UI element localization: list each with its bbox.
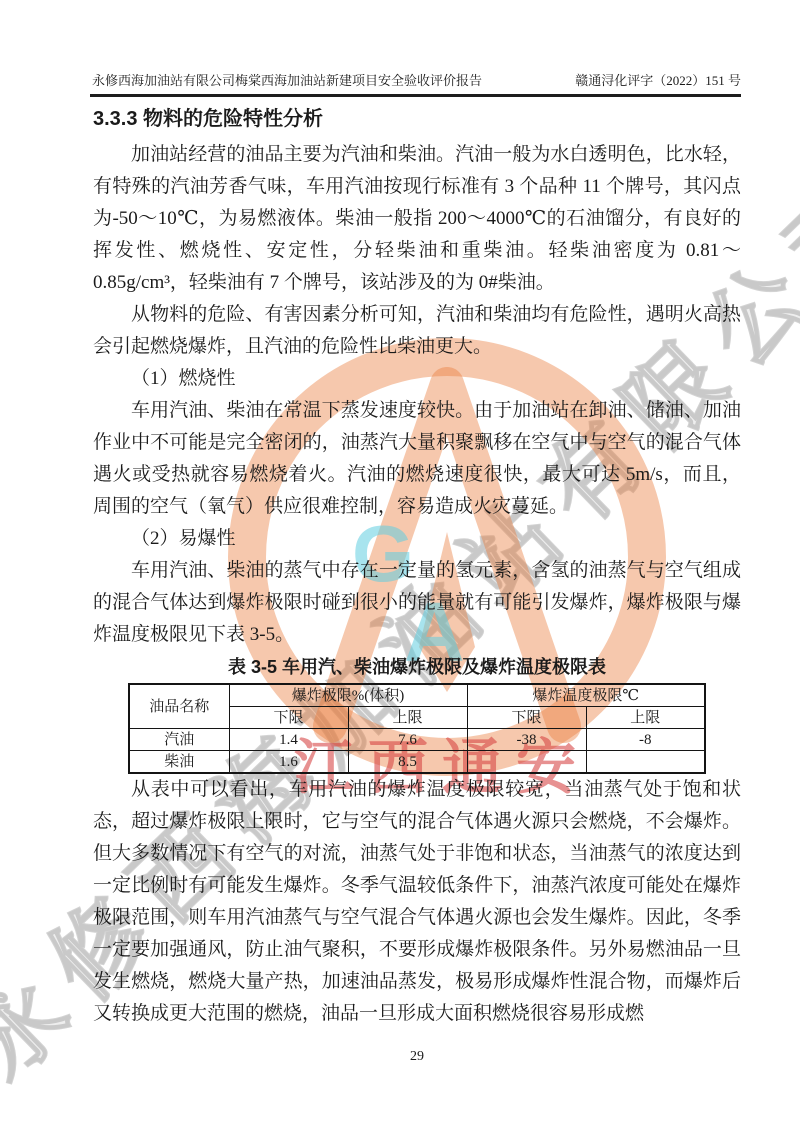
page-header: 永修西海加油站有限公司梅棠西海加油站新建项目安全验收评价报告 赣通浔化评字（20… [92, 72, 741, 90]
document-page: 永修西海加油站有限公司 G A 江西通安 永修西海加油站有限公司梅棠西海加油站新… [0, 0, 800, 1131]
table-cell: 7.6 [348, 729, 467, 751]
table-cell: 1.6 [229, 751, 348, 774]
section-heading: 3.3.3 物料的危险特性分析 [93, 104, 741, 134]
paragraph-explosiveness: 车用汽油、柴油的蒸气中存在一定量的氢元素，含氢的油蒸气与空气组成的混合气体达到爆… [93, 555, 741, 651]
paragraph-explosiveness-label: （2）易爆性 [93, 523, 741, 555]
table-header-cell: 下限 [229, 707, 348, 729]
table-header-explosion-limit: 爆炸极限%(体积) [229, 684, 467, 707]
table-cell: 8.5 [348, 751, 467, 774]
table-header-cell: 上限 [586, 707, 705, 729]
table-header-row-groups: 油品名称 爆炸极限%(体积) 爆炸温度极限℃ [129, 684, 705, 707]
header-rule [90, 94, 741, 97]
table-header-cell: 上限 [348, 707, 467, 729]
table-cell [586, 751, 705, 774]
paragraph-table-discussion: 从表中可以看出，车用汽油的爆炸温度极限较宽，当油蒸气处于饱和状态，超过爆炸极限上… [93, 774, 741, 1030]
explosion-limits-table: 油品名称 爆炸极限%(体积) 爆炸温度极限℃ 下限 上限 下限 上限 汽油 1.… [128, 683, 706, 774]
table-header-temp-limit: 爆炸温度极限℃ [467, 684, 705, 707]
table-header-product: 油品名称 [129, 684, 229, 729]
table-title: 表 3-5 车用汽、柴油爆炸极限及爆炸温度极限表 [93, 654, 741, 680]
table-row-gasoline: 汽油 1.4 7.6 -38 -8 [129, 729, 705, 751]
paragraph-hazard-summary: 从物料的危险、有害因素分析可知，汽油和柴油均有危险性，遇明火高热会引起燃烧爆炸，… [93, 299, 741, 363]
table-cell: -38 [467, 729, 586, 751]
paragraph-intro: 加油站经营的油品主要为汽油和柴油。汽油一般为水白透明色，比水轻，有特殊的汽油芳香… [93, 139, 741, 299]
paragraph-flammability: 车用汽油、柴油在常温下蒸发速度较快。由于加油站在卸油、储油、加油作业中不可能是完… [93, 395, 741, 523]
header-report-title: 永修西海加油站有限公司梅棠西海加油站新建项目安全验收评价报告 [92, 72, 482, 90]
table-cell: -8 [586, 729, 705, 751]
table-row-diesel: 柴油 1.6 8.5 [129, 751, 705, 774]
table-cell: 柴油 [129, 751, 229, 774]
table-cell [467, 751, 586, 774]
table-cell: 1.4 [229, 729, 348, 751]
header-doc-number: 赣通浔化评字（2022）151 号 [575, 72, 741, 90]
table-header-cell: 下限 [467, 707, 586, 729]
paragraph-flammability-label: （1）燃烧性 [93, 363, 741, 395]
document-content: 3.3.3 物料的危险特性分析 加油站经营的油品主要为汽油和柴油。汽油一般为水白… [93, 104, 741, 1030]
page-number: 29 [93, 1049, 741, 1065]
table-cell: 汽油 [129, 729, 229, 751]
